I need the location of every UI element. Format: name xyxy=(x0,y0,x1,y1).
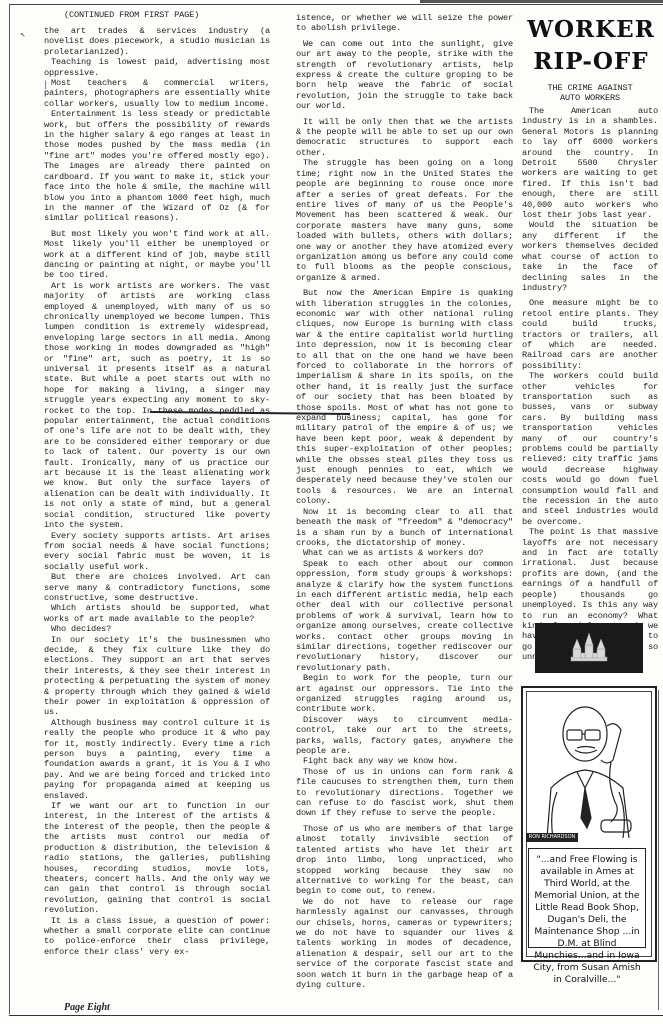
paragraph: Now it is becoming clear to all that ben… xyxy=(296,507,513,549)
paragraph: Those of us who are members of that larg… xyxy=(296,824,513,897)
paragraph: We can come out into the sunlight, give … xyxy=(296,39,513,112)
name-plate: RON RICHARDSON xyxy=(526,833,578,842)
bottom-border xyxy=(9,1015,663,1016)
top-edge-shadow xyxy=(420,0,663,3)
paragraph: Fight back any way we know how. xyxy=(296,756,513,766)
paragraph: What can we as artists & workers do? xyxy=(296,548,513,558)
paragraph: In our society it's the businessmen who … xyxy=(44,635,270,718)
paragraph: Speak to each other about our common opp… xyxy=(296,559,513,673)
paragraph: But most likely you won't find work at a… xyxy=(44,229,270,281)
paragraph: But there are choices involved. Art can … xyxy=(44,572,270,603)
left-article-column: the art trades & services industry (a no… xyxy=(44,26,270,957)
paragraph: the art trades & services industry (a no… xyxy=(44,26,270,57)
paragraph: One measure might be to retool entire pl… xyxy=(522,298,658,371)
paragraph: Every society supports artists. Art aris… xyxy=(44,531,270,573)
paragraph: istence, or whether we will seize the po… xyxy=(296,13,513,34)
speech-caption: "...and Free Flowing is available in Ame… xyxy=(528,848,646,948)
right-article-column: The American auto industry is in a shamb… xyxy=(522,106,658,663)
headline-line-1: WORKER xyxy=(522,16,660,43)
paragraph: If we want our art to function in our in… xyxy=(44,801,270,915)
middle-article-column: istence, or whether we will seize the po… xyxy=(296,13,513,990)
paragraph: Art is work artists are workers. The vas… xyxy=(44,281,270,531)
subhead-line-1: THE CRIME AGAINST xyxy=(522,83,658,93)
headline-line-2: RIP-OFF xyxy=(522,48,660,75)
subheadline: THE CRIME AGAINST AUTO WORKERS xyxy=(522,83,658,104)
left-border xyxy=(9,4,10,1014)
paragraph: The American auto industry is in a shamb… xyxy=(522,106,658,220)
temple-icon xyxy=(535,623,643,673)
cartoon-panel: RON RICHARDSON "...and Free Flowing is a… xyxy=(521,686,657,962)
paragraph: Entertainment is less steady or predicta… xyxy=(44,109,270,223)
paragraph: Discover ways to circumvent media-contro… xyxy=(296,715,513,757)
paragraph: Begin to work for the people, turn our a… xyxy=(296,673,513,715)
continued-note: (CONTINUED FROM FIRST PAGE) xyxy=(64,10,199,20)
margin-arrow-mark: ↖ xyxy=(20,30,25,40)
paragraph: Teaching is lowest paid, advertising mos… xyxy=(44,57,270,78)
paragraph: Who decides? xyxy=(44,624,270,634)
paragraph: The workers could build other vehicles f… xyxy=(522,371,658,527)
paragraph: Which artists should be supported, what … xyxy=(44,603,270,624)
paragraph: It will be only then that we the artists… xyxy=(296,117,513,159)
paragraph: Would the situation be any different if … xyxy=(522,220,658,293)
newspaper-page: (CONTINUED FROM FIRST PAGE) ↖ | the art … xyxy=(0,0,663,1024)
cambodian-flag-image xyxy=(535,623,643,673)
page-number-label: Page Eight xyxy=(64,1002,110,1013)
paragraph: It is a class issue, a question of power… xyxy=(44,916,270,958)
subhead-line-2: AUTO WORKERS xyxy=(522,93,658,103)
paragraph: But now the American Empire is quaking w… xyxy=(296,288,513,507)
paragraph: The struggle has been going on a long ti… xyxy=(296,158,513,283)
paragraph: Most teachers & commercial writers, pain… xyxy=(44,78,270,109)
paragraph: Those of us in unions can form rank & fi… xyxy=(296,767,513,819)
column-rule xyxy=(658,690,659,1010)
paragraph: We do not have to release our rage harml… xyxy=(296,897,513,991)
man-on-telephone-illustration xyxy=(527,692,649,838)
paragraph: Although business may control culture it… xyxy=(44,718,270,801)
top-border xyxy=(10,4,663,5)
